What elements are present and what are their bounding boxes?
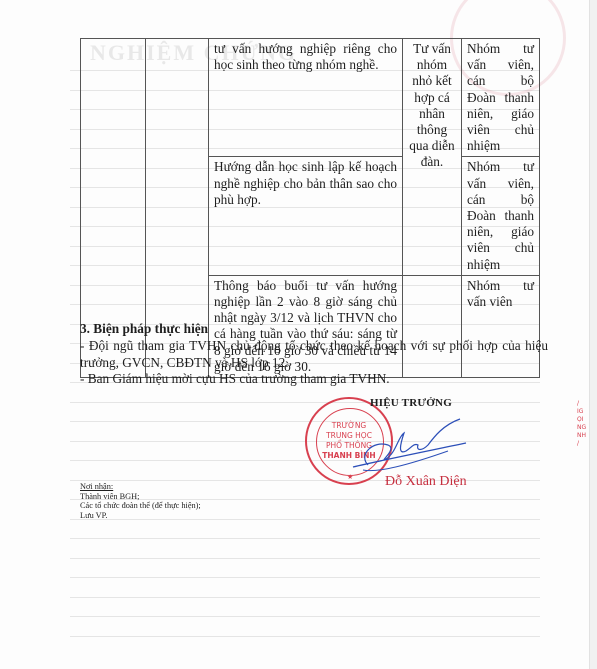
page-edge [589, 0, 597, 669]
signer-name: Đỗ Xuân Diện [385, 474, 467, 490]
bleed-through-line [70, 577, 540, 597]
activity-cell: Hướng dẫn học sinh lập kế hoạch nghề ngh… [209, 157, 403, 275]
bleed-through-line [70, 636, 540, 656]
recipients-label: Nơi nhận: [80, 482, 201, 492]
activity-cell: tư vấn hướng nghiệp riêng cho học sinh t… [209, 39, 403, 157]
section-item: - Đội ngũ tham gia TVHN chủ động tổ chức… [80, 338, 548, 372]
signer-title: HIỆU TRƯỞNG [370, 397, 452, 409]
bleed-through-line [70, 538, 540, 558]
recipient-item: Lưu VP. [80, 511, 201, 521]
bleed-through-line [70, 402, 540, 422]
responsible-cell: Nhóm tư vấn viên, cán bộ Đoàn thanh niên… [462, 39, 540, 157]
bleed-through-line [70, 558, 540, 578]
bleed-through-line [70, 616, 540, 636]
bleed-through-line [70, 597, 540, 617]
table-row: tư vấn hướng nghiệp riêng cho học sinh t… [81, 39, 540, 157]
bleed-through-line [70, 519, 540, 539]
recipient-item: Thành viên BGH; [80, 492, 201, 502]
edge-seal-fragment: /IGỌINGNH/ [577, 400, 589, 490]
responsible-cell: Nhóm tư vấn viên, cán bộ Đoàn thanh niên… [462, 157, 540, 275]
handwritten-signature [348, 415, 468, 475]
method-cell: Tư vấn nhóm nhỏ kết hợp cá nhân thông qu… [403, 39, 462, 276]
bleed-through-line [70, 460, 540, 480]
section-heading: 3. Biện pháp thực hiện [80, 321, 548, 338]
implementation-section: 3. Biện pháp thực hiện - Đội ngũ tham gi… [80, 321, 548, 388]
recipients-block: Nơi nhận: Thành viên BGH; Các tổ chức đo… [80, 482, 201, 520]
recipient-item: Các tổ chức đoàn thể (để thực hiện); [80, 501, 201, 511]
section-item: - Ban Giám hiệu mời cựu HS của trường th… [80, 371, 548, 388]
